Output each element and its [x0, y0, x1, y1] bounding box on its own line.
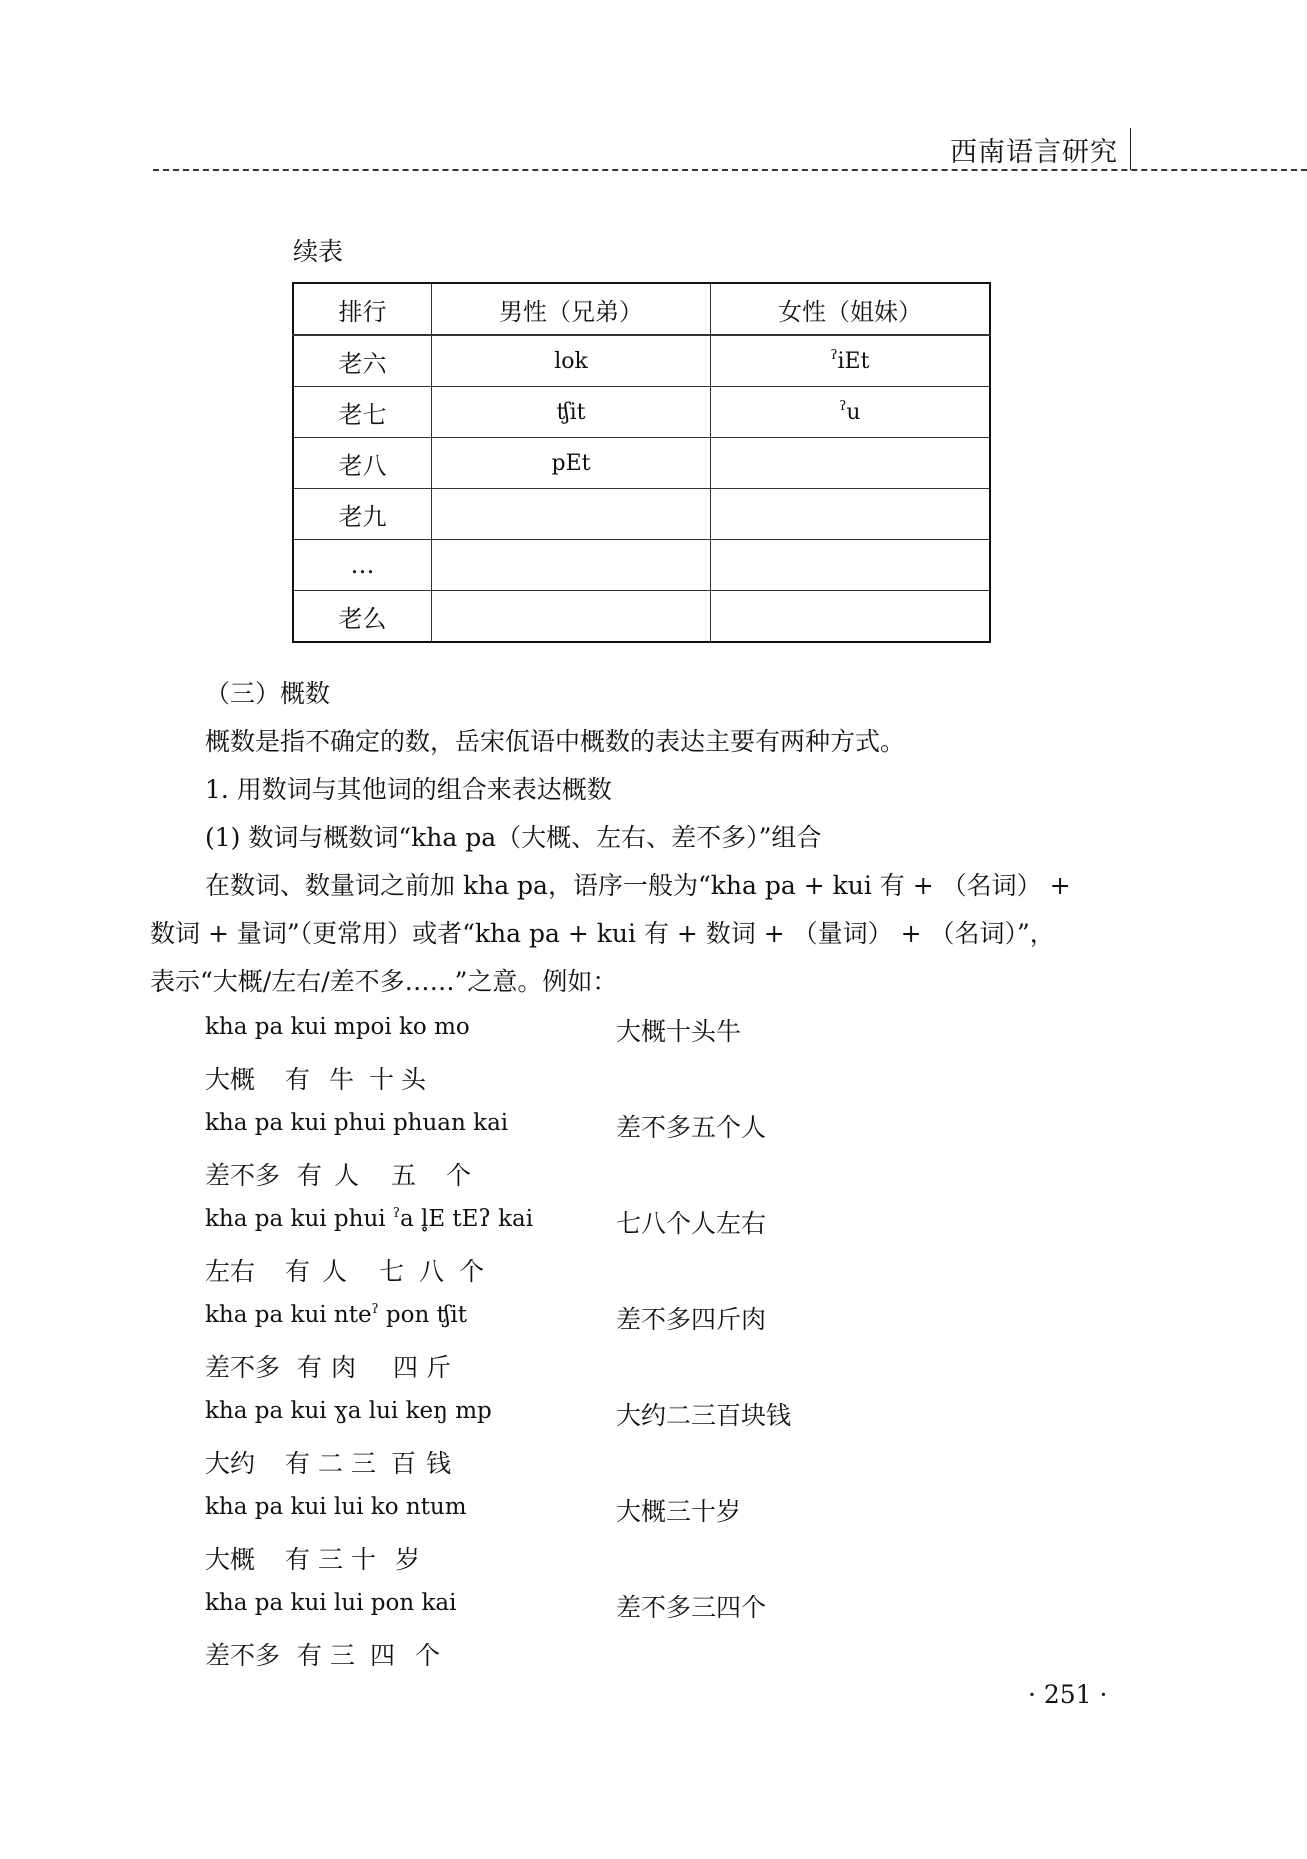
body-line-1: 在数词、数量词之前加 kha pa，语序一般为“kha pa + kui 有 +… [205, 866, 1071, 902]
cell-male [432, 489, 711, 540]
example-wa-7: kha pa kui lui pon kai [205, 1590, 456, 1616]
cell-female-text: u [846, 400, 860, 425]
glottal-mark: ʔ [831, 348, 838, 363]
gloss-word: 有 [285, 1540, 318, 1576]
gloss-word: 个 [415, 1636, 440, 1672]
gloss-word: 钱 [426, 1444, 451, 1480]
example-gloss-7: 差不多有三四个 [205, 1636, 440, 1672]
cell-female: ʔiEt [711, 335, 991, 387]
header-dashed-rule [153, 169, 1307, 171]
cell-female [711, 591, 991, 643]
example-translation-6: 大概三十岁 [616, 1492, 741, 1528]
example-gloss-1: 大概有牛十头 [205, 1060, 426, 1096]
gloss-word: 七 [379, 1252, 419, 1288]
gloss-word: 有 [297, 1636, 330, 1672]
example-translation-1: 大概十头牛 [616, 1012, 741, 1048]
cell-female-text: iEt [838, 349, 870, 374]
gloss-word: 头 [401, 1060, 426, 1096]
gloss-word: 人 [322, 1252, 379, 1288]
cell-male [432, 540, 711, 591]
gloss-word: 左右 [205, 1252, 285, 1288]
gloss-word: 岁 [395, 1540, 420, 1576]
example-translation-5: 大约二三百块钱 [616, 1396, 791, 1432]
table-row: … [293, 540, 990, 591]
gloss-word: 四 [393, 1348, 426, 1384]
example-gloss-5: 大约有二三百钱 [205, 1444, 451, 1480]
cell-rank: 老九 [293, 489, 432, 540]
gloss-word: 大约 [205, 1444, 285, 1480]
example-wa-6: kha pa kui lui ko ntum [205, 1494, 467, 1520]
example-gloss-6: 大概有三十岁 [205, 1540, 420, 1576]
gloss-word: 五 [391, 1156, 446, 1192]
example-gloss-2: 差不多有人五个 [205, 1156, 471, 1192]
cell-rank: 老八 [293, 438, 432, 489]
table-row: 老么 [293, 591, 990, 643]
example-translation-7: 差不多三四个 [616, 1588, 766, 1624]
gloss-word: 人 [334, 1156, 391, 1192]
section-heading: （三）概数 [205, 674, 330, 710]
cell-female: ʔu [711, 387, 991, 438]
cell-female [711, 489, 991, 540]
example-gloss-4: 差不多有肉四斤 [205, 1348, 451, 1384]
glottal-mark: ʔ [393, 1206, 400, 1221]
intro-paragraph: 概数是指不确定的数，岳宋佤语中概数的表达主要有两种方式。 [205, 722, 905, 758]
example-wa-2: kha pa kui phui phuan kai [205, 1110, 508, 1136]
gloss-word: 十 [351, 1540, 395, 1576]
example-wa-5: kha pa kui ɣa lui keŋ mp [205, 1398, 492, 1424]
gloss-word: 个 [459, 1252, 484, 1288]
cell-male: ʧit [432, 387, 711, 438]
table-caption: 续表 [293, 232, 343, 268]
gloss-word: 八 [419, 1252, 459, 1288]
subheading-1-1: (1) 数词与概数词“kha pa（大概、左右、差不多）”组合 [205, 818, 821, 854]
table-row: 老七 ʧit ʔu [293, 387, 990, 438]
cell-rank: … [293, 540, 432, 591]
column-header-female: 女性（姐妹） [711, 283, 991, 335]
column-header-rank: 排行 [293, 283, 432, 335]
gloss-word: 三 [351, 1444, 391, 1480]
gloss-word: 三 [330, 1636, 370, 1672]
gloss-word: 牛 [329, 1060, 369, 1096]
example-wa-3: kha pa kui phui ʔa l̥E tEʔ kai [205, 1206, 533, 1232]
table-row: 老六 lok ʔiEt [293, 335, 990, 387]
gloss-word: 差不多 [205, 1156, 297, 1192]
gloss-word: 差不多 [205, 1636, 297, 1672]
gloss-word: 有 [297, 1348, 331, 1384]
table-row: 老九 [293, 489, 990, 540]
body-line-2: 数词 + 量词”（更常用）或者“kha pa + kui 有 + 数词 + （量… [150, 914, 1055, 950]
gloss-word: 有 [285, 1444, 318, 1480]
glottal-mark: ʔ [372, 1302, 379, 1317]
wa-text: kha pa kui nte [205, 1302, 372, 1328]
cell-rank: 老六 [293, 335, 432, 387]
gloss-word: 百 [391, 1444, 426, 1480]
gloss-word: 个 [446, 1156, 471, 1192]
example-wa-1: kha pa kui mpoi ko mo [205, 1014, 470, 1040]
gloss-word: 有 [285, 1252, 322, 1288]
header-divider [1130, 128, 1131, 170]
cell-male: pEt [432, 438, 711, 489]
gloss-word: 差不多 [205, 1348, 297, 1384]
example-wa-4: kha pa kui nteʔ pon ʧit [205, 1302, 467, 1328]
subheading-1: 1. 用数词与其他词的组合来表达概数 [205, 770, 612, 806]
wa-text: a l̥E tEʔ kai [400, 1206, 533, 1232]
cell-rank: 老七 [293, 387, 432, 438]
example-gloss-3: 左右有人七八个 [205, 1252, 484, 1288]
cell-male [432, 591, 711, 643]
gloss-word: 有 [285, 1060, 329, 1096]
body-line-3: 表示“大概/左右/差不多……”之意。例如： [150, 962, 617, 998]
column-header-male: 男性（兄弟） [432, 283, 711, 335]
gloss-word: 三 [318, 1540, 351, 1576]
gloss-word: 十 [369, 1060, 401, 1096]
cell-female [711, 438, 991, 489]
cell-male: lok [432, 335, 711, 387]
gloss-word: 肉 [331, 1348, 393, 1384]
gloss-word: 大概 [205, 1540, 285, 1576]
gloss-word: 二 [318, 1444, 351, 1480]
gloss-word: 有 [297, 1156, 334, 1192]
cell-rank: 老么 [293, 591, 432, 643]
wa-text: pon ʧit [379, 1302, 467, 1328]
kinship-order-table: 排行 男性（兄弟） 女性（姐妹） 老六 lok ʔiEt 老七 ʧit ʔu 老… [292, 282, 991, 643]
journal-title: 西南语言研究 [950, 130, 1118, 169]
wa-text: kha pa kui phui [205, 1206, 393, 1232]
table-row: 老八 pEt [293, 438, 990, 489]
gloss-word: 四 [370, 1636, 415, 1672]
gloss-word: 大概 [205, 1060, 285, 1096]
example-translation-3: 七八个人左右 [616, 1204, 766, 1240]
table-header-row: 排行 男性（兄弟） 女性（姐妹） [293, 283, 990, 335]
page-number: · 251 · [1028, 1680, 1108, 1709]
cell-female [711, 540, 991, 591]
gloss-word: 斤 [426, 1348, 451, 1384]
example-translation-2: 差不多五个人 [616, 1108, 766, 1144]
example-translation-4: 差不多四斤肉 [616, 1300, 766, 1336]
